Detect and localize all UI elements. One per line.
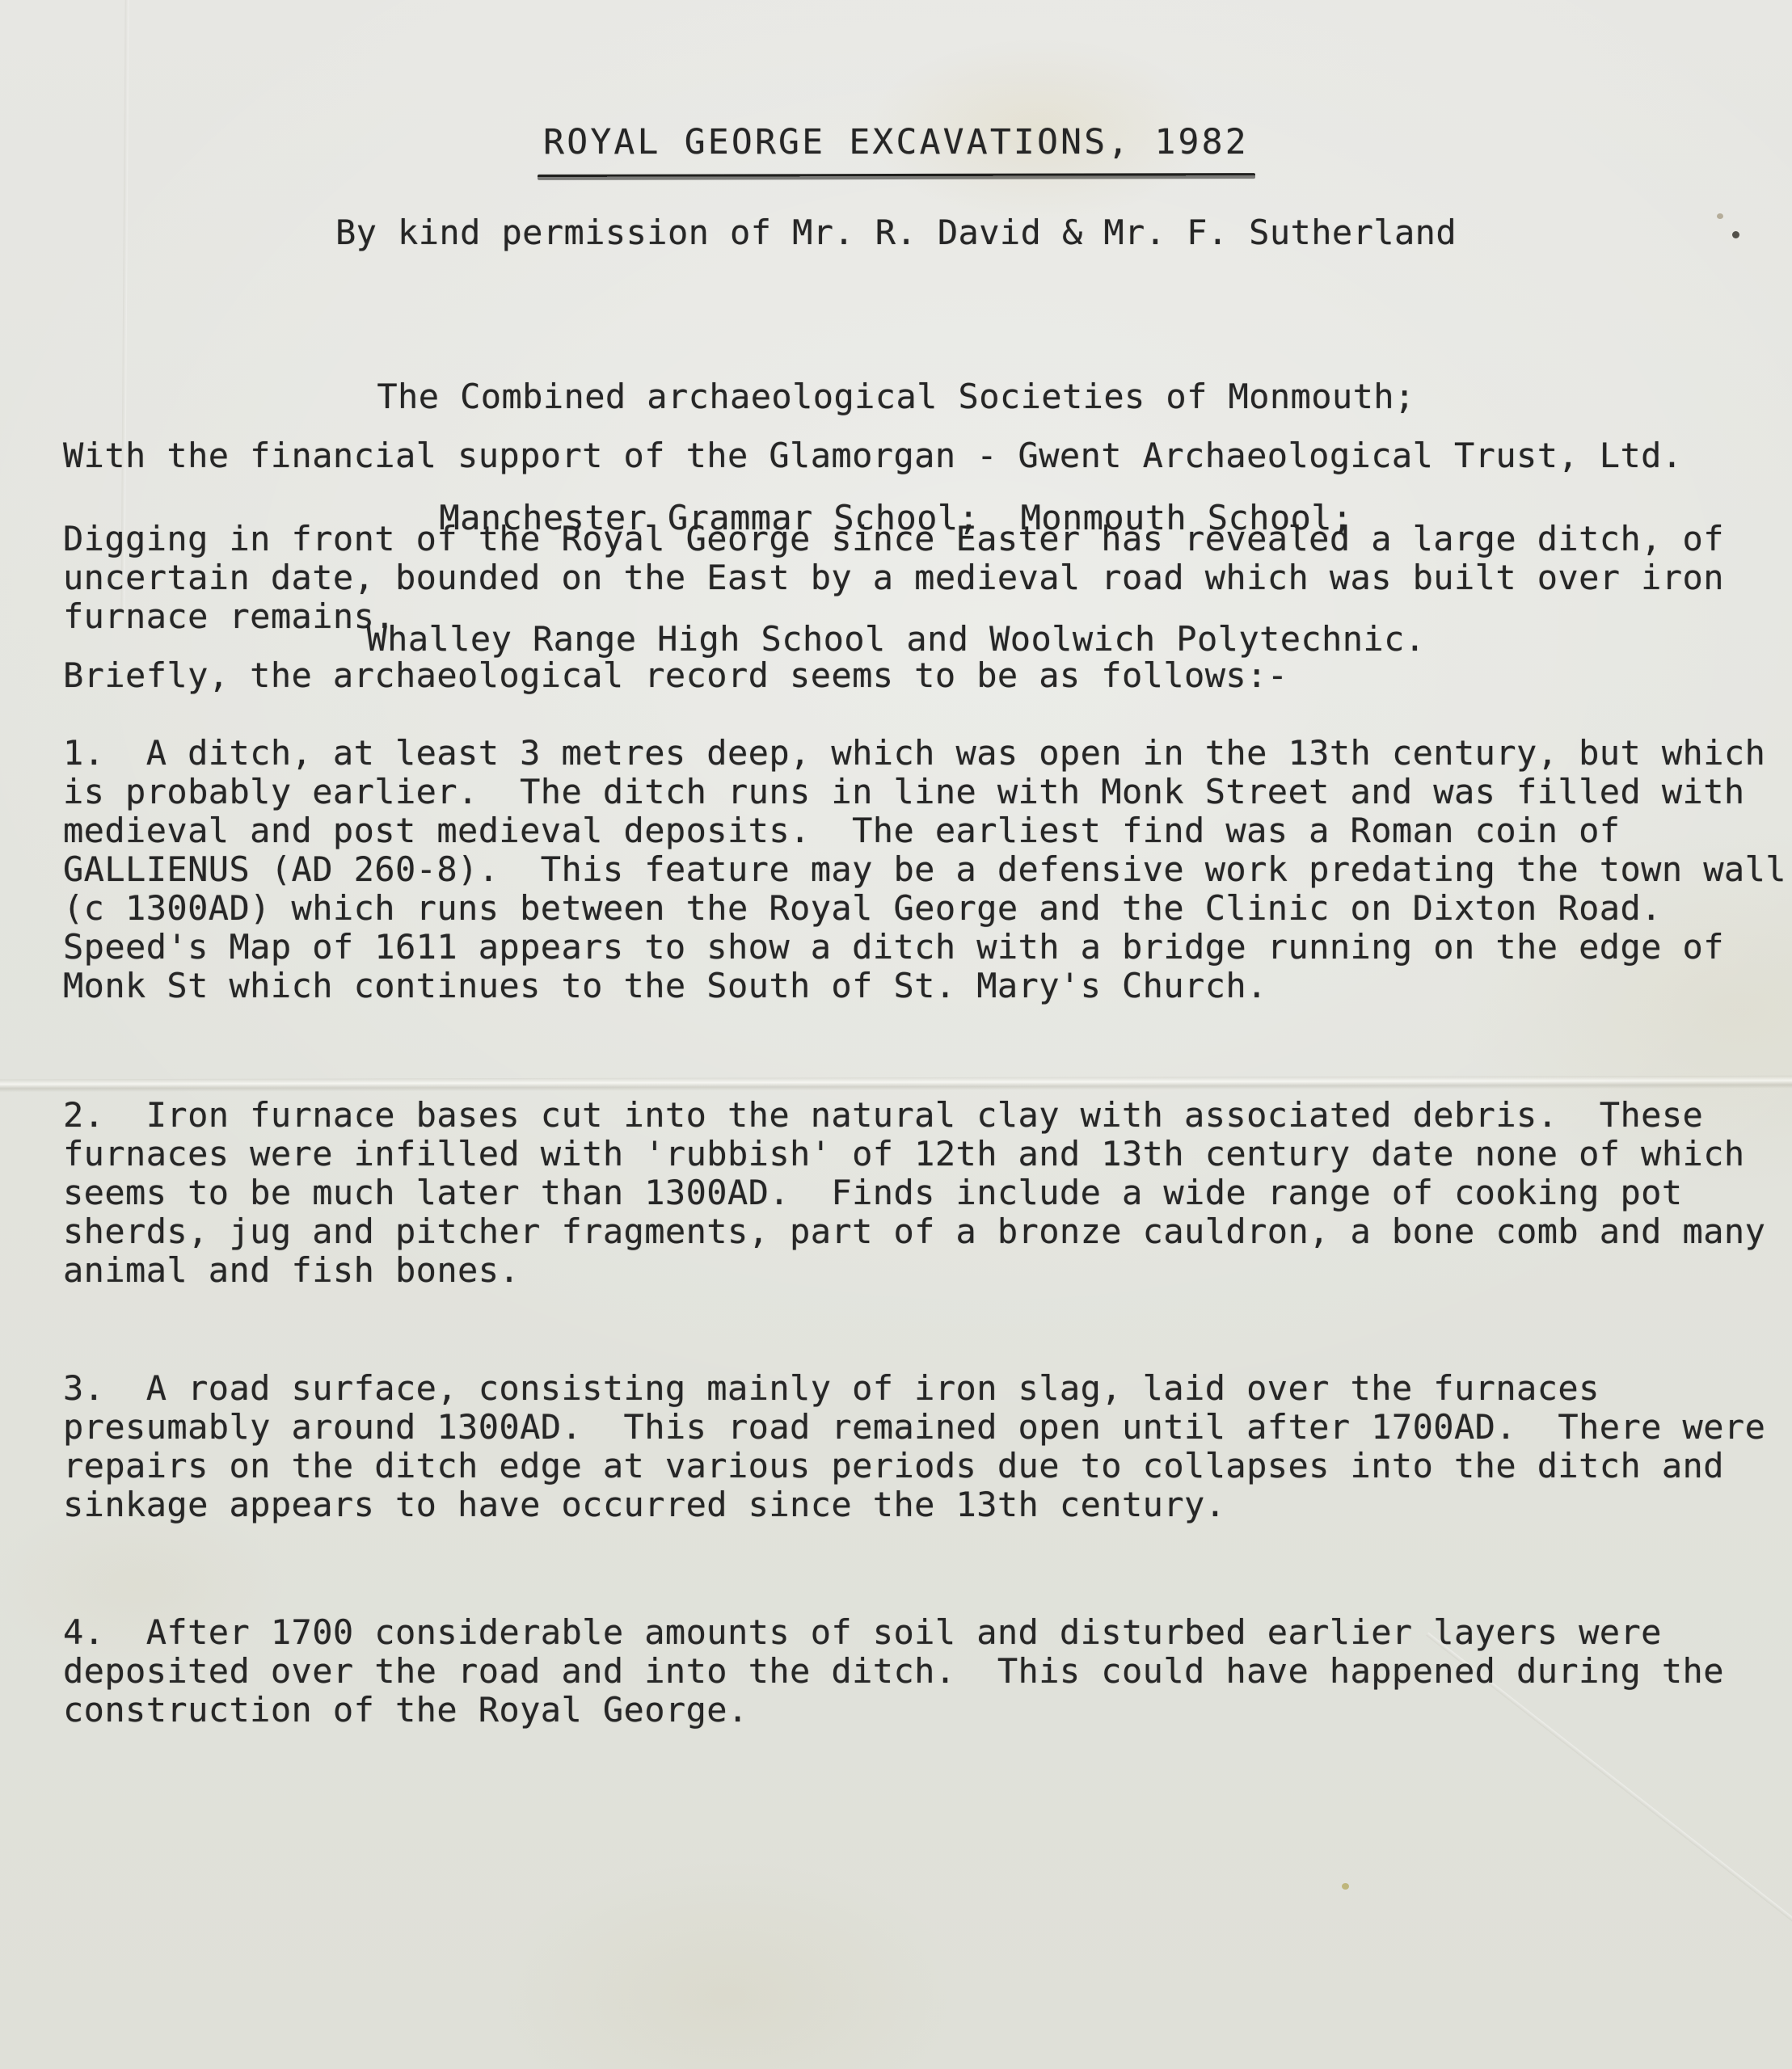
title-underline: [537, 173, 1254, 180]
byline: By kind permission of Mr. R. David & Mr.…: [0, 213, 1792, 252]
record-intro-line: Briefly, the archaeological record seems…: [63, 656, 1288, 695]
numbered-item-2: 2. Iron furnace bases cut into the natur…: [63, 1096, 1765, 1290]
numbered-item-3: 3. A road surface, consisting mainly of …: [63, 1369, 1765, 1524]
financial-support-line: With the financial support of the Glamor…: [63, 436, 1683, 475]
numbered-item-4: 4. After 1700 considerable amounts of so…: [63, 1613, 1724, 1730]
numbered-item-1: 1. A ditch, at least 3 metres deep, whic…: [63, 734, 1786, 1005]
intro-paragraph: Digging in front of the Royal George sin…: [63, 520, 1724, 636]
horizontal-fold-crease: [0, 1076, 1792, 1093]
paper-speck: [1342, 1883, 1349, 1890]
organisation-line: The Combined archaeological Societies of…: [0, 377, 1792, 417]
document-page: ROYAL GEORGE EXCAVATIONS, 1982 By kind p…: [0, 0, 1792, 2069]
document-title: ROYAL GEORGE EXCAVATIONS, 1982: [0, 123, 1792, 162]
